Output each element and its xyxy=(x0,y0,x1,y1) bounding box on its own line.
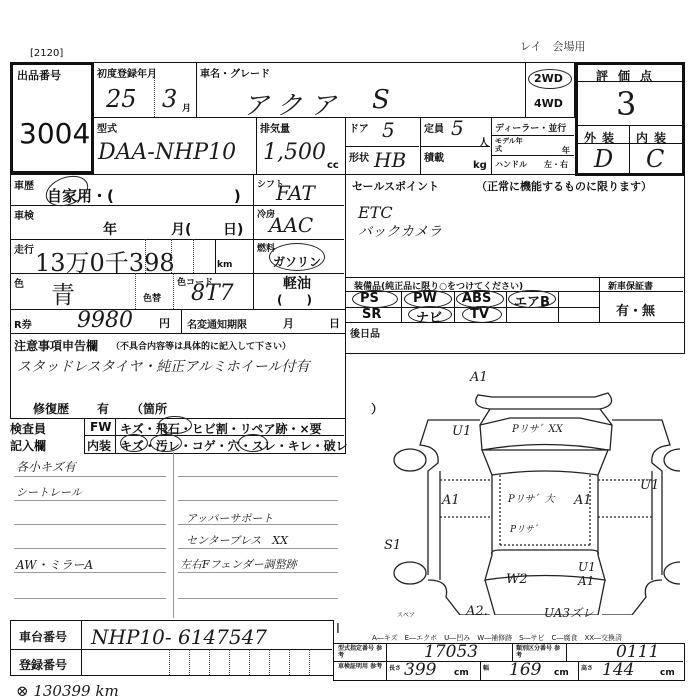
mileage-value: 13万0千398 xyxy=(35,243,175,278)
inspector-note-left-2: シートレール xyxy=(16,484,82,500)
sheet-code: [2120] xyxy=(30,48,63,59)
drive-2wd: 2WD xyxy=(534,72,563,85)
capacity-value: 5 xyxy=(451,116,464,140)
history-block: 車歴 自家用・( ) シフト FAT 車検 年 月( 日) 冷房 AAC 走行 … xyxy=(10,174,346,310)
fuel-diesel: 軽油 xyxy=(283,273,311,293)
first-registration-box: 初度登録年月 25 3 月 xyxy=(93,62,197,118)
warranty-value: 有・無 xyxy=(616,300,655,319)
lot-box: 出品番号 3004 xyxy=(10,62,94,174)
recycle-row: R券 9980 円 名変通知期限 月 日 xyxy=(10,309,346,334)
displacement-box: 排気量 1,500 cc xyxy=(256,117,346,175)
dealer-box: ディーラー・並行 モデル年式 年 ハンドル 左・右 xyxy=(491,117,576,175)
mark-front-bumper: A1 xyxy=(470,370,488,385)
fuel-other: ( ) xyxy=(277,291,312,308)
score-box: 評価点 3 外装 内装 D C xyxy=(575,62,685,176)
class-number: 0111 xyxy=(616,642,659,662)
chassis-box: 車台番号 NHP10- 6147547 登録番号 xyxy=(10,620,334,676)
first-registration-month: 3 xyxy=(162,85,177,113)
doors-value: 5 xyxy=(382,118,395,142)
mark-rear-glass: Pリサ゛ xyxy=(510,522,543,535)
equip-sr: SR xyxy=(362,307,381,322)
car-grade: S xyxy=(372,85,390,115)
exterior-grade: D xyxy=(594,145,613,173)
capacity-box: 定員 5 人 積載 kg xyxy=(420,117,492,175)
height-value: 144 xyxy=(602,660,634,680)
reference-box: 型式指定番号 参考 17053 類別区分番号 参考 0111 車検証明用 参考 … xyxy=(333,643,685,681)
mark-right-rear-fender: U1 A1 xyxy=(578,560,598,588)
drive-4wd: 4WD xyxy=(534,97,563,110)
mark-hood: Pリサ゛XX xyxy=(512,420,563,435)
first-registration-year: 25 xyxy=(106,85,137,113)
inspector-note-right-3: アッパーサポート xyxy=(186,510,273,526)
drive-box: 2WD 4WD xyxy=(525,62,575,118)
mark-trunk: W2 xyxy=(506,572,528,587)
mark-roof: Pリサ゛大 xyxy=(508,490,555,505)
lot-number: 3004 xyxy=(19,117,90,150)
mark-right-door: A1 xyxy=(574,493,592,508)
sales-point-2: バックカメラ xyxy=(358,221,442,241)
color-value: 青 xyxy=(51,275,75,310)
inspector-note-left-5: AW・ミラーA xyxy=(16,556,93,573)
equipment-box: 装備品(純正品に限り○をつけてください) PS PW ABS エアB SR ナビ… xyxy=(345,277,685,323)
score-value: 3 xyxy=(616,85,636,123)
fw-items: キズ・飛石・ヒビ割・リペア跡・×要 xyxy=(120,420,322,437)
footer-mileage-note: ⊗ 130399 km xyxy=(16,682,119,700)
interior-grade: C xyxy=(646,145,664,173)
mark-right-side: U1 xyxy=(640,478,659,493)
color-code: 8T7 xyxy=(191,281,234,306)
chassis-number: NHP10- 6147547 xyxy=(91,625,267,649)
car-name-box: 車名・グレード アクア S xyxy=(196,62,526,118)
displacement-value: 1,500 xyxy=(263,140,326,165)
inspector-note-right-5: 左右Fフェンダー調整跡 xyxy=(180,556,297,572)
inspector-note-right-4: センターブレス XX xyxy=(186,532,288,548)
sales-point-1: ETC xyxy=(358,203,393,222)
mark-left-front-fender: U1 xyxy=(452,424,471,439)
mark-left-rear: S1 xyxy=(384,538,401,553)
spare-label: スペア xyxy=(397,610,415,619)
notes-box: 注意事項申告欄 （不具合内容等は具体的に記入して下さい） スタッドレスタイヤ・純… xyxy=(10,333,346,419)
body-shape: HB xyxy=(374,148,406,172)
lot-label: 出品番号 xyxy=(17,67,61,83)
notes-text: スタッドレスタイヤ・純正アルミホイール付有 xyxy=(17,356,309,376)
damage-legend: A―キズ E―エクボ U―凹み W―補修跡 S―サビ C―腐食 XX―交換済 xyxy=(372,633,622,643)
mark-rear-bumper-left: A2. xyxy=(466,604,488,619)
first-registration-label: 初度登録年月 xyxy=(97,65,157,80)
top-note: レイ 会場用 xyxy=(520,38,585,54)
shift-value: FAT xyxy=(276,181,315,205)
model-code-box: 型式 DAA-NHP10 xyxy=(93,117,257,175)
length-value: 399 xyxy=(404,660,436,680)
aircon-value: AAC xyxy=(269,213,313,237)
aftermarket-box: 後日品 xyxy=(345,322,685,354)
width-value: 169 xyxy=(509,660,541,680)
model-code-label: 型式 xyxy=(97,120,117,135)
type-designation-number: 17053 xyxy=(424,642,478,662)
model-code: DAA-NHP10 xyxy=(98,140,236,165)
doors-box: ドア 5 形状 HB xyxy=(345,117,421,175)
mark-left-door: A1 xyxy=(442,493,460,508)
sales-points-box: セールスポイント （正常に機能するものに限ります） ETC バックカメラ xyxy=(345,174,685,278)
inspector-note-left-1: 各小キズ有 xyxy=(16,458,76,475)
car-name-label: 車名・グレード xyxy=(200,65,270,80)
recycle-value: 9980 xyxy=(77,308,133,333)
mark-rear-bumper-right: UA3ズレ xyxy=(544,604,594,621)
displacement-label: 排気量 xyxy=(260,120,290,135)
